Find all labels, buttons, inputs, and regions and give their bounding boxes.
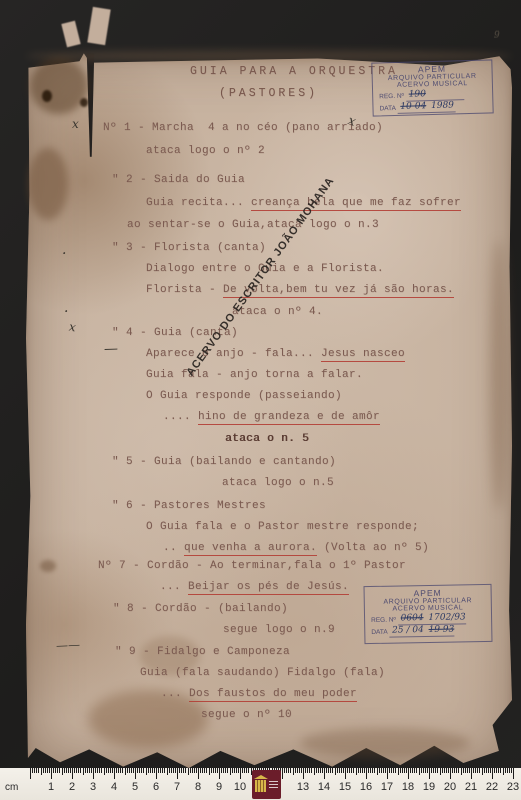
ruler-number: 21 [465, 781, 477, 793]
typed-line: " 2 - Saida do Guia [112, 174, 245, 186]
handwritten-mark: — [104, 341, 119, 357]
page-corner-numeral: 9 [494, 31, 500, 41]
logo-text-lines [269, 781, 278, 789]
stamp-reg-value: 190 [409, 89, 426, 99]
ruler-unit-label: cm [5, 782, 18, 793]
ruler-number: 9 [216, 781, 222, 793]
typed-line: Nº 1 - Marcha 4 a no céo (pano arriado) [103, 122, 383, 134]
ruler-number: 2 [69, 781, 75, 793]
stamp-reg-value: 1702/93 [428, 612, 466, 623]
stamp-date-year: 19 93 [429, 625, 455, 635]
handwritten-mark: x [72, 117, 79, 131]
ruler-number: 16 [360, 781, 372, 793]
typed-line: Aparece o anjo - fala... Jesus nasceo [146, 348, 405, 360]
ruler-number: 3 [90, 781, 96, 793]
typed-line: Guia fala - anjo torna a falar. [146, 369, 363, 381]
typed-line: segue logo o n.9 [223, 624, 335, 636]
typed-line: Guia (fala saudando) Fidalgo (fala) [140, 667, 385, 679]
document-title: GUIA PARA A ORQUESTRA [190, 65, 398, 78]
handwritten-mark: · [64, 304, 68, 320]
typed-line: " 9 - Fidalgo e Camponeza [115, 646, 290, 658]
stamp-date-value: 25 / 04 [392, 625, 424, 636]
stamp-reg-old: 0604 [401, 613, 424, 623]
scanned-document-page: GUIA PARA A ORQUESTRA (PASTORES) Nº 1 - … [0, 0, 521, 800]
ruler-number: 1 [48, 781, 54, 793]
typed-line: " 5 - Guia (bailando e cantando) [112, 456, 336, 468]
typed-line: ... Dos faustos do meu poder [161, 688, 357, 700]
typed-line: segue o nº 10 [201, 709, 292, 721]
registry-stamp-top: APEM ARQUIVO PARTICULAR ACERVO MUSICAL R… [371, 59, 493, 116]
ruler-number: 19 [423, 781, 435, 793]
ruler-number: 4 [111, 781, 117, 793]
stamp-date-year: 1989 [431, 100, 454, 111]
document-subtitle: (PASTORES) [219, 87, 318, 100]
ruler-number: 20 [444, 781, 456, 793]
ruler-number: 23 [507, 781, 519, 793]
ruler-number: 13 [297, 781, 309, 793]
typed-line: O Guia fala e o Pastor mestre responde; [146, 521, 419, 533]
stamp-date-value: 10-04 [400, 101, 426, 112]
archive-logo [252, 770, 281, 799]
stamp-date-row: DATA 10-04 1989 [373, 101, 492, 114]
typed-line: .. que venha a aurora. (Volta ao nº 5) [163, 542, 429, 554]
ruler-number: 17 [381, 781, 393, 793]
typed-line: ... Beijar os pés de Jesús. [160, 581, 349, 593]
typed-line: ataca o nº 4. [232, 306, 323, 318]
typed-line: ataca logo o nº 2 [146, 145, 265, 157]
stamp-date-row: DATA 25 / 04 19 93 [365, 626, 491, 638]
handwritten-mark: · [62, 246, 66, 262]
typed-line: Florista - De volta,bem tu vez já são ho… [146, 284, 454, 296]
measurement-ruler: cm 123456789101314151617181920212223 [0, 768, 521, 800]
typed-line: ataca logo o n.5 [222, 477, 334, 489]
typed-line: O Guia responde (passeiando) [146, 390, 342, 402]
handwritten-mark: —— [56, 637, 81, 652]
ruler-number: 14 [318, 781, 330, 793]
ruler-number: 10 [234, 781, 246, 793]
typed-line: Nº 7 - Cordão - Ao terminar,fala o 1º Pa… [98, 560, 406, 572]
ruler-number: 22 [486, 781, 498, 793]
typed-line: " 6 - Pastores Mestres [112, 500, 266, 512]
ruler-number: 8 [195, 781, 201, 793]
ruler-number: 15 [339, 781, 351, 793]
typed-line: .... hino de grandeza e de amôr [163, 411, 380, 423]
registry-stamp-bottom: APEM ARQUIVO PARTICULAR ACERVO MUSICAL R… [364, 584, 493, 644]
ruler-number: 18 [402, 781, 414, 793]
typed-line: " 3 - Florista (canta) [112, 242, 266, 254]
typed-line: " 8 - Cordão - (bailando) [113, 603, 288, 615]
ruler-number: 7 [174, 781, 180, 793]
ruler-number: 6 [153, 781, 159, 793]
typed-line: ao sentar-se o Guia,ataca logo o n.3 [127, 219, 379, 231]
building-icon [255, 780, 266, 792]
typed-line: ataca o n. 5 [225, 433, 309, 445]
ruler-number: 5 [132, 781, 138, 793]
stamp-reg-row: REG. Nº 0604 1702/93 [365, 613, 491, 625]
